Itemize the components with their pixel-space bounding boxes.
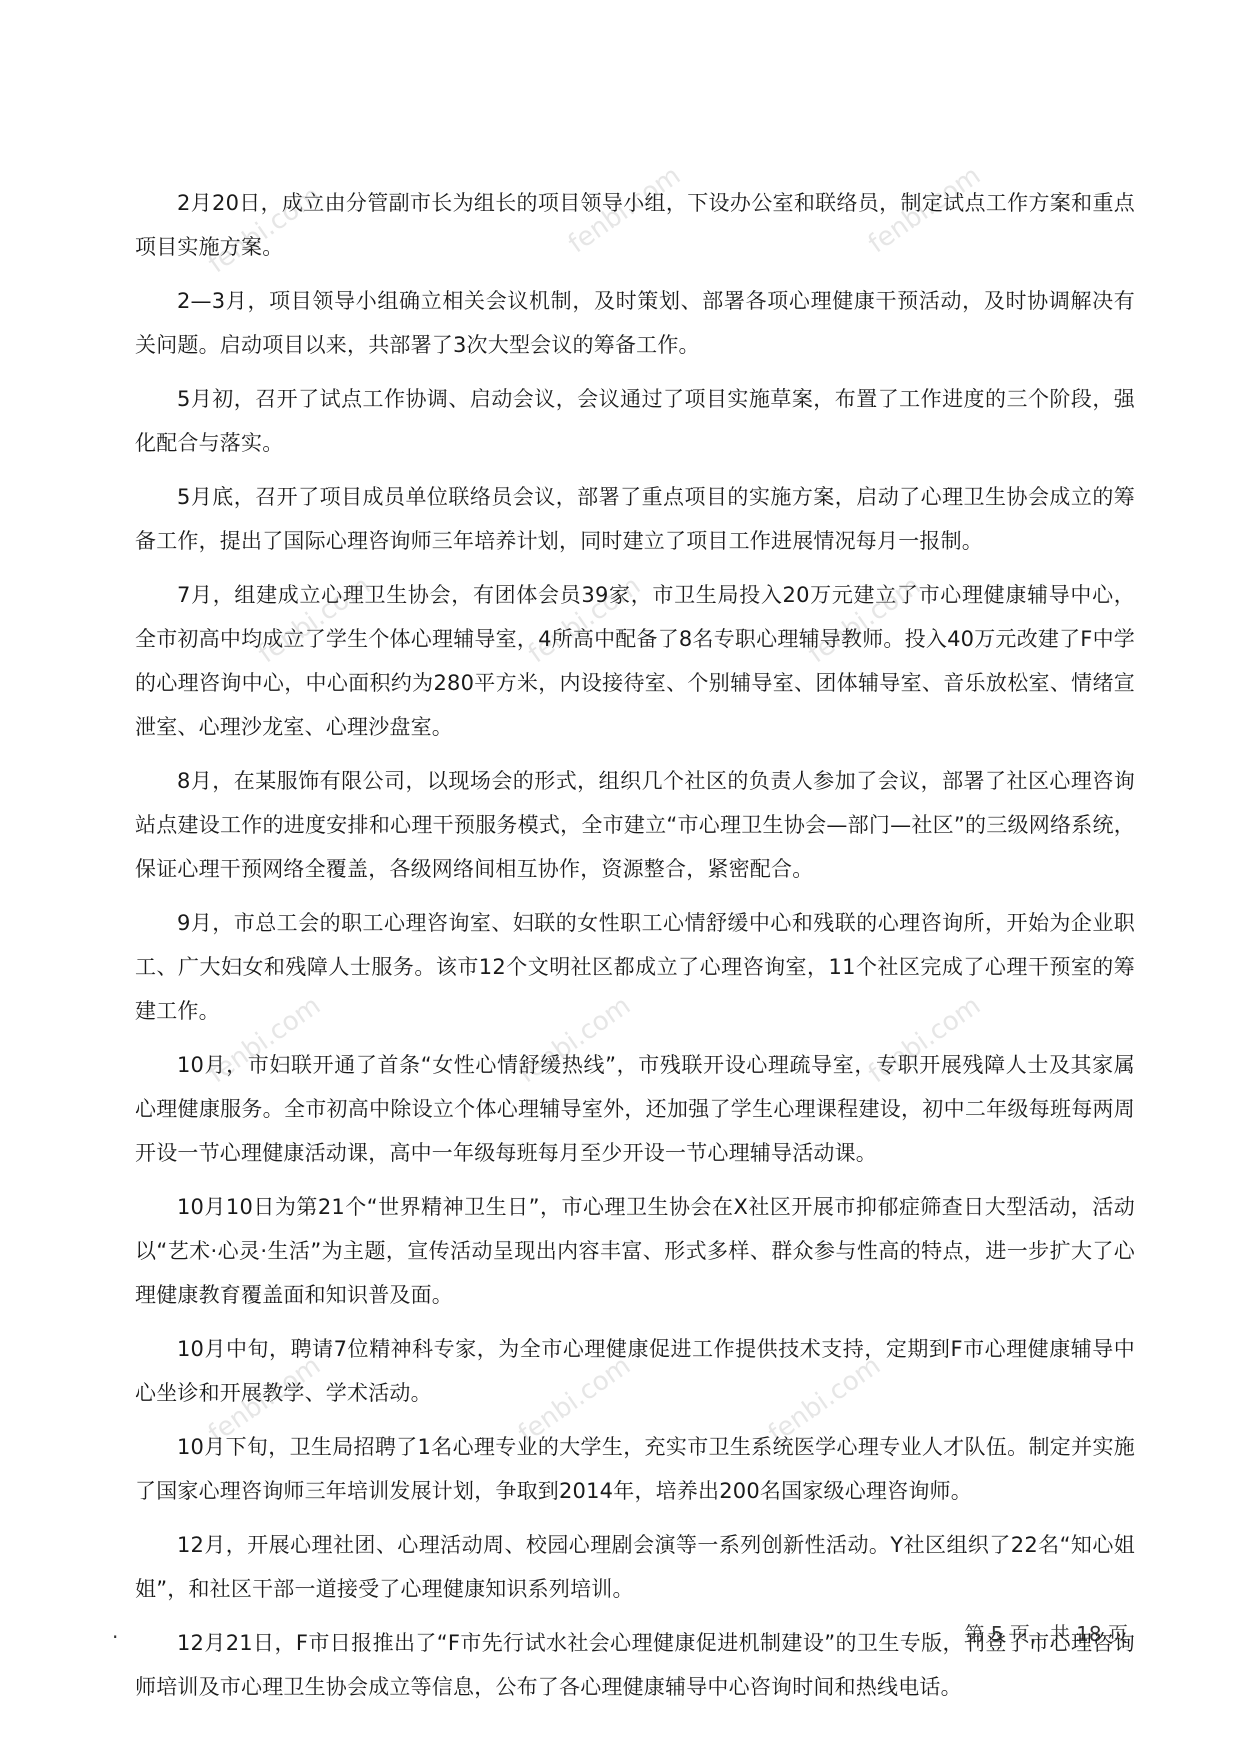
paragraph-feb-mar: 2—3月，项目领导小组确立相关会议机制，及时策划、部署各项心理健康干预活动，及时… [135,279,1135,367]
paragraph-december: 12月，开展心理社团、心理活动周、校园心理剧会演等一系列创新性活动。Y社区组织了… [135,1523,1135,1611]
footer-mark: · [112,1625,118,1649]
paragraph-mid-october: 10月中旬，聘请7位精神科专家，为全市心理健康促进工作提供技术支持，定期到F市心… [135,1327,1135,1415]
paragraph-feb-20: 2月20日，成立由分管副市长为组长的项目领导小组，下设办公室和联络员，制定试点工… [135,181,1135,269]
paragraph-late-october: 10月下旬，卫生局招聘了1名心理专业的大学生，充实市卫生系统医学心理专业人才队伍… [135,1425,1135,1513]
document-page: fenbi.com fenbi.com fenbi.com fenbi.com … [0,0,1240,1754]
paragraph-oct-10: 10月10日为第21个“世界精神卫生日”，市心理卫生协会在X社区开展市抑郁症筛查… [135,1185,1135,1317]
paragraph-july: 7月，组建成立心理卫生协会，有团体会员39家，市卫生局投入20万元建立了市心理健… [135,573,1135,749]
paragraph-august: 8月，在某服饰有限公司，以现场会的形式，组织几个社区的负责人参加了会议，部署了社… [135,759,1135,891]
paragraph-dec-21: 12月21日，F市日报推出了“F市先行试水社会心理健康促进机制建设”的卫生专版，… [135,1621,1135,1709]
paragraph-late-may: 5月底，召开了项目成员单位联络员会议，部署了重点项目的实施方案，启动了心理卫生协… [135,475,1135,563]
paragraph-october: 10月，市妇联开通了首条“女性心情舒缓热线”，市残联开设心理疏导室，专职开展残障… [135,1043,1135,1175]
paragraph-early-may: 5月初，召开了试点工作协调、启动会议，会议通过了项目实施草案，布置了工作进度的三… [135,377,1135,465]
document-body: 2月20日，成立由分管副市长为组长的项目领导小组，下设办公室和联络员，制定试点工… [135,181,1135,1719]
paragraph-september: 9月，市总工会的职工心理咨询室、妇联的女性职工心情舒缓中心和残联的心理咨询所，开… [135,901,1135,1033]
